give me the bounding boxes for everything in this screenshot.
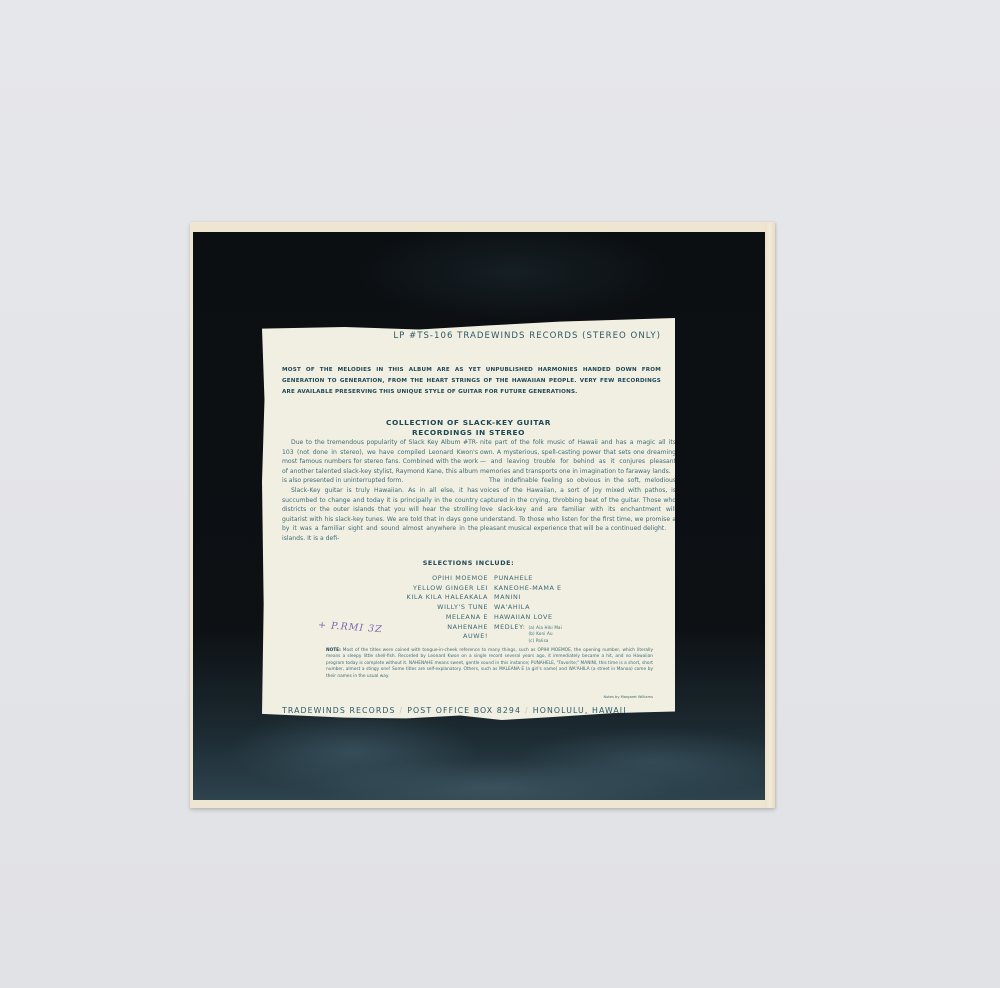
track-title: MANINI: [494, 593, 562, 603]
medley-parts: (a) Aia Hiki Mai (b) Koni Au (c) Palisa: [528, 625, 561, 645]
intro-text: MOST OF THE MELODIES IN THIS ALBUM ARE A…: [282, 365, 661, 398]
medley-entry: MEDLEY: (a) Aia Hiki Mai (b) Koni Au (c)…: [494, 623, 562, 645]
medley-label: MEDLEY:: [494, 623, 525, 633]
footer-separator: /: [525, 706, 529, 715]
liner-paragraph-1: Due to the tremendous popularity of Slac…: [282, 438, 478, 486]
track-title: NAHENAHE: [407, 623, 488, 633]
track-title: MELEANA E: [407, 613, 488, 623]
note-text: Most of the titles were coined with tong…: [326, 648, 653, 679]
track-title: WILLY'S TUNE: [407, 603, 488, 613]
album-title-line-1: COLLECTION OF SLACK-KEY GUITAR: [262, 418, 675, 428]
medley-part: (c) Palisa: [528, 638, 561, 645]
footer-separator: /: [400, 706, 404, 715]
note-block: NOTE: Most of the titles were coined wit…: [326, 648, 653, 680]
track-title: HAWAIIAN LOVE: [494, 613, 562, 623]
track-title: WA'AHILA: [494, 603, 562, 613]
liner-column-right: nite part of the folk music of Hawaii an…: [480, 438, 676, 534]
footer-po-box: POST OFFICE BOX 8294: [407, 706, 521, 715]
selections-list-right: PUNAHELE KANEOHE-MAMA E MANINI WA'AHILA …: [494, 574, 562, 645]
liner-paragraph-3: The indefinable feeling so obvious in th…: [480, 476, 676, 534]
medley-part: (b) Koni Au: [528, 631, 561, 638]
footer-label-name: TRADEWINDS RECORDS: [282, 706, 396, 715]
liner-paragraph-2a: Slack-Key guitar is truly Hawaiian. As i…: [282, 486, 478, 544]
note-label: NOTE:: [326, 648, 341, 653]
track-title: KANEOHE-MAMA E: [494, 584, 562, 594]
medley-part: (a) Aia Hiki Mai: [528, 625, 561, 632]
album-title: COLLECTION OF SLACK-KEY GUITAR RECORDING…: [262, 418, 675, 438]
liner-paragraph-2b: nite part of the folk music of Hawaii an…: [480, 438, 676, 476]
catalog-number: LP #TS-106 TRADEWINDS RECORDS (STEREO ON…: [393, 331, 661, 341]
track-title: YELLOW GINGER LEI: [407, 584, 488, 594]
track-title: AUWE!: [407, 632, 488, 642]
track-title: KILA KILA HALEAKALA: [407, 593, 488, 603]
track-title: PUNAHELE: [494, 574, 562, 584]
liner-column-left: Due to the tremendous popularity of Slac…: [282, 438, 478, 544]
notes-credit: Notes by Margaret Williams: [604, 695, 653, 699]
label-address-footer: TRADEWINDS RECORDS/POST OFFICE BOX 8294/…: [282, 706, 661, 715]
selections-heading: SELECTIONS INCLUDE:: [262, 559, 675, 567]
album-title-line-2: RECORDINGS IN STEREO: [262, 428, 675, 438]
track-title: OPIHI MOEMOE: [407, 574, 488, 584]
selections-list-left: OPIHI MOEMOE YELLOW GINGER LEI KILA KILA…: [407, 574, 488, 642]
liner-notes-paper: LP #TS-106 TRADEWINDS RECORDS (STEREO ON…: [262, 318, 675, 727]
handwritten-pencil-mark: + P.RMI 3Z: [318, 620, 383, 635]
